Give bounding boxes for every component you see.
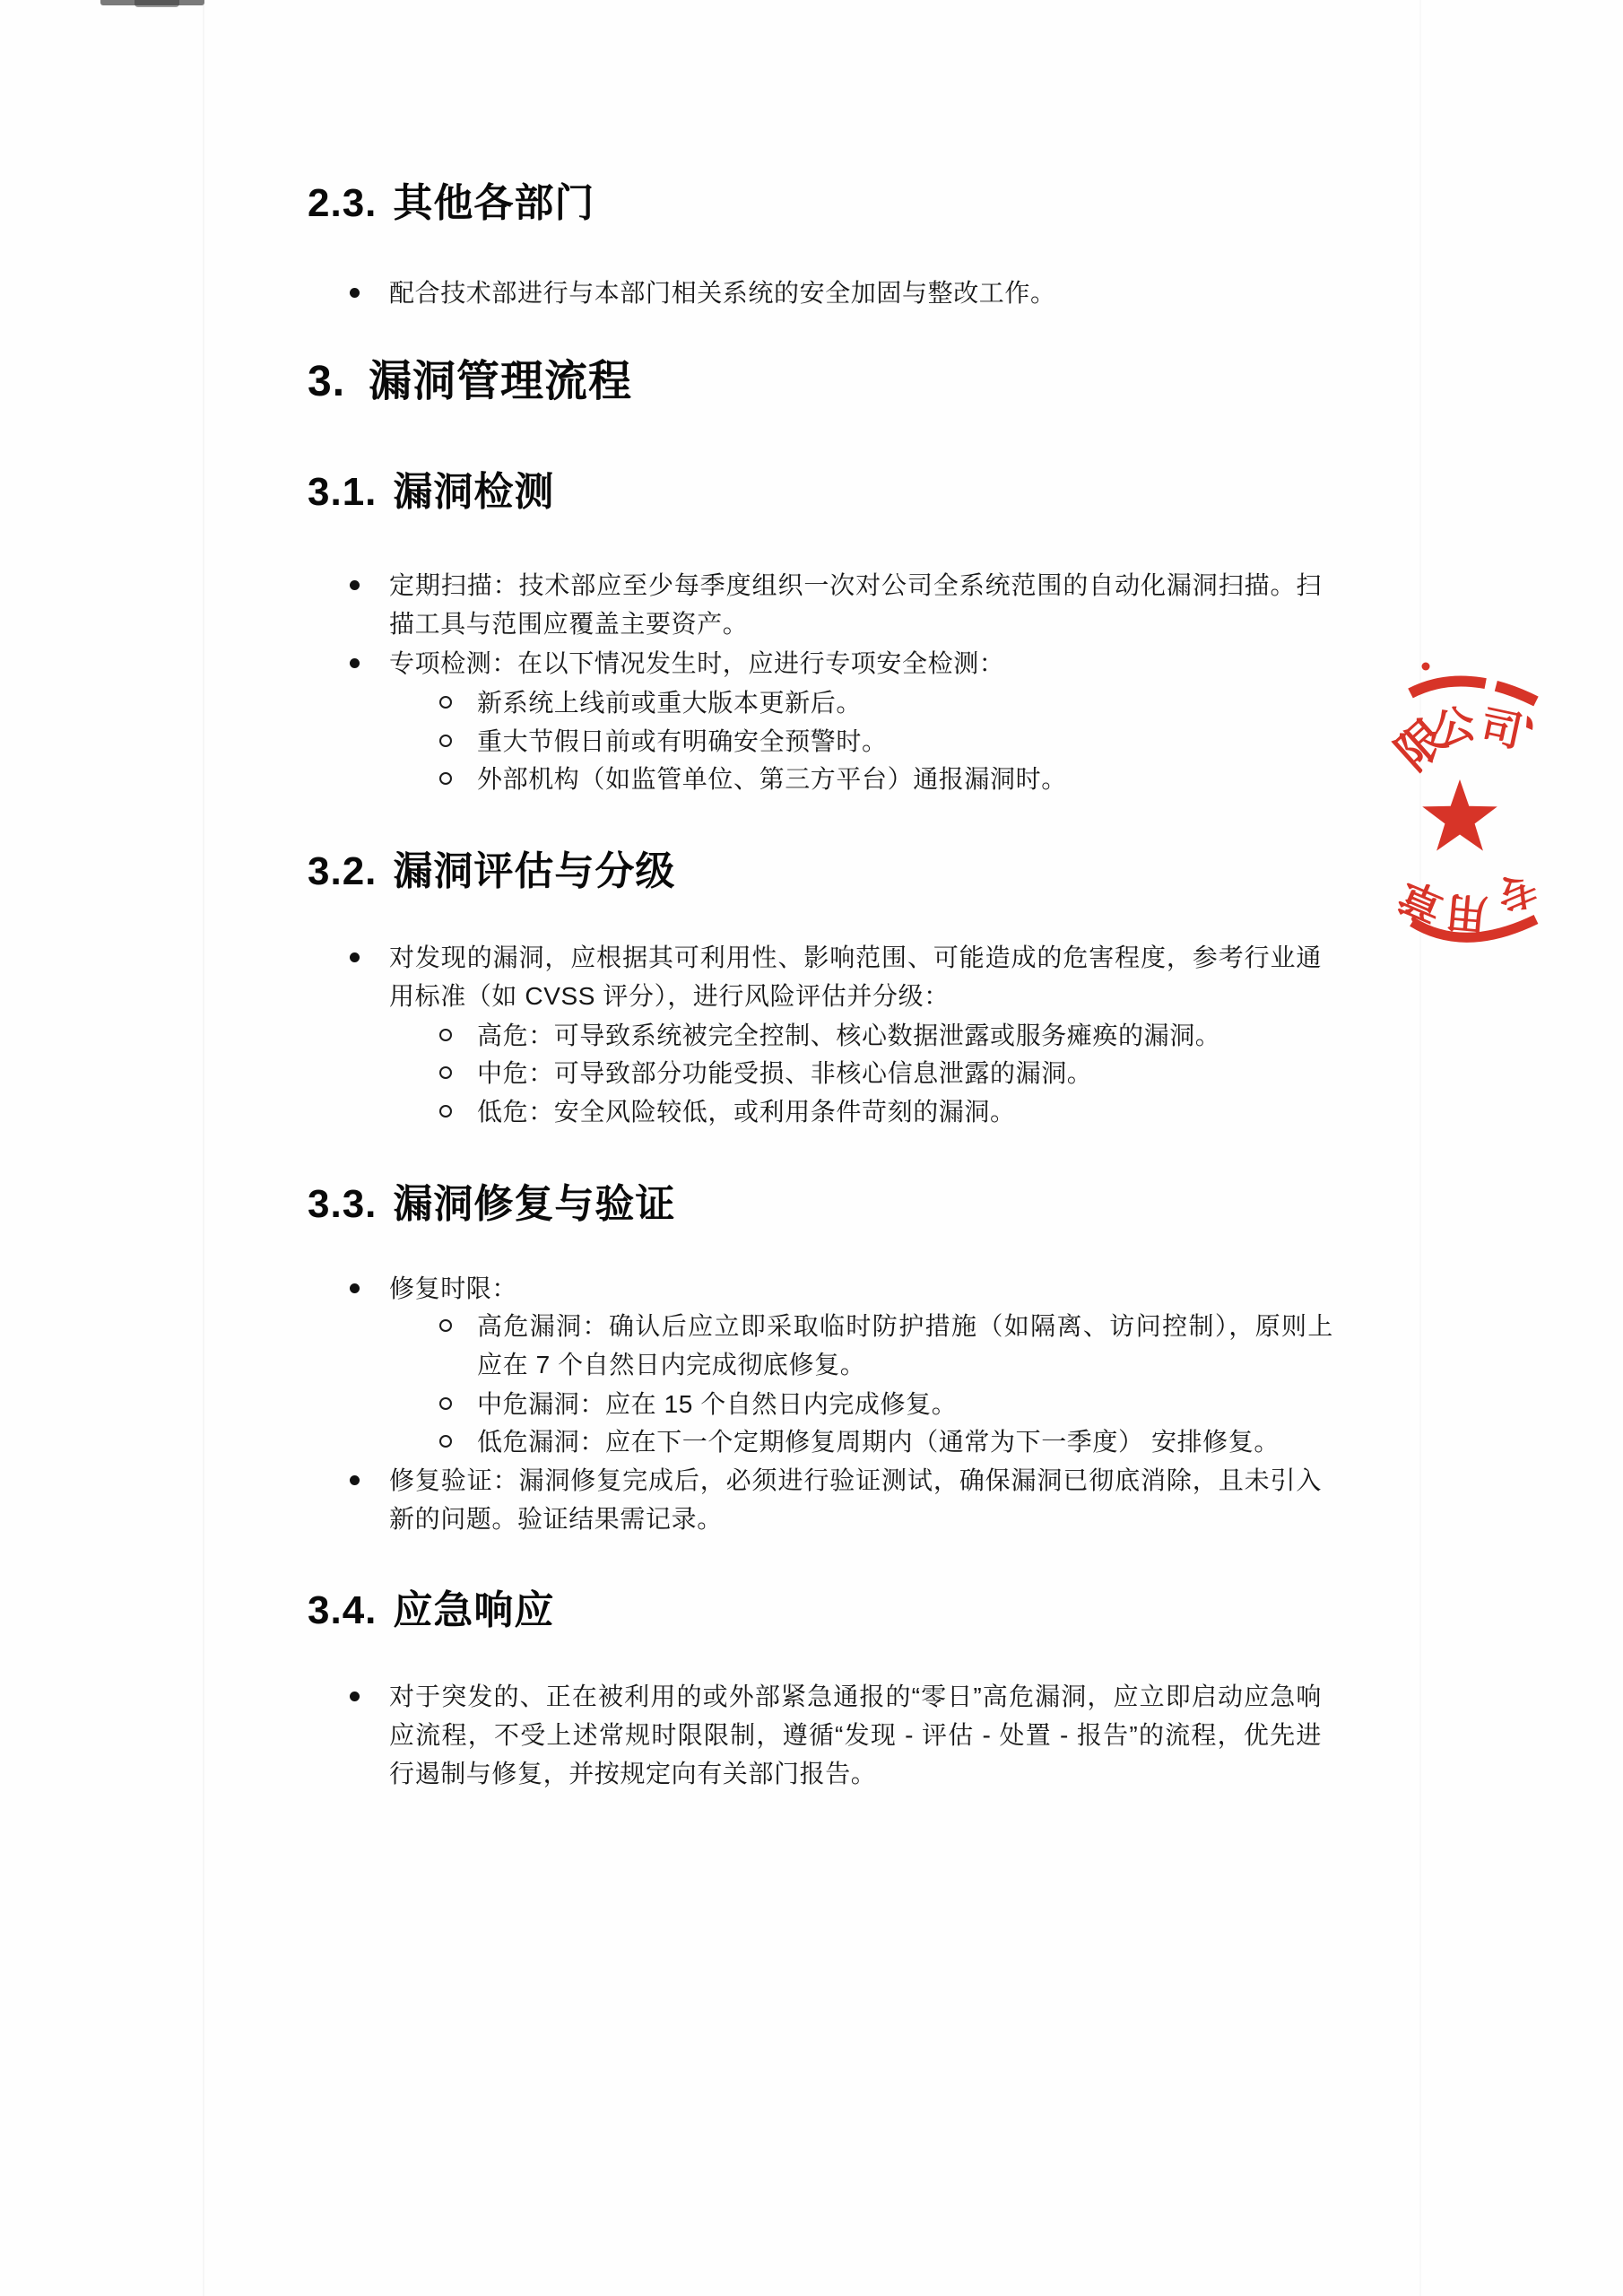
bullet-text: 对发现的漏洞，应根据其可利用性、影响范围、可能造成的危害程度，参考行业通用标准（… bbox=[389, 938, 1322, 1015]
sub-bullet-text: 新系统上线前或重大版本更新后。 bbox=[477, 683, 1333, 722]
heading-number: 3.4. bbox=[308, 1590, 377, 1631]
section-heading-3: 3. 漏洞管理流程 bbox=[308, 360, 632, 404]
section-heading-3-4: 3.4. 应急响应 bbox=[308, 1590, 554, 1631]
heading-title: 漏洞评估与分级 bbox=[393, 851, 675, 892]
bullet-circle-icon bbox=[439, 735, 452, 747]
sub-bullet-text: 中危漏洞：应在 15 个自然日内完成修复。 bbox=[477, 1385, 1333, 1423]
heading-title: 漏洞修复与验证 bbox=[393, 1184, 675, 1225]
bullet-item: 配合技术部进行与本部门相关系统的安全加固与整改工作。 bbox=[350, 274, 1322, 312]
bullet-circle-icon bbox=[439, 1066, 452, 1079]
bullet-item: 修复验证：漏洞修复完成后，必须进行验证测试，确保漏洞已彻底消除，且未引入新的问题… bbox=[350, 1461, 1322, 1538]
sub-bullet-item: 重大节假日前或有明确安全预警时。 bbox=[439, 722, 1333, 761]
sub-bullet-text: 重大节假日前或有明确安全预警时。 bbox=[477, 722, 1333, 761]
heading-number: 3.1. bbox=[308, 472, 377, 513]
sub-bullet-item: 新系统上线前或重大版本更新后。 bbox=[439, 683, 1333, 722]
scan-streak bbox=[1419, 0, 1421, 2296]
bullet-item: 对发现的漏洞，应根据其可利用性、影响范围、可能造成的危害程度，参考行业通用标准（… bbox=[350, 938, 1322, 1015]
heading-number: 3. bbox=[308, 360, 345, 404]
stamp-ink-dot bbox=[1422, 663, 1430, 671]
bullet-text: 配合技术部进行与本部门相关系统的安全加固与整改工作。 bbox=[389, 274, 1322, 312]
sub-bullet-item: 外部机构（如监管单位、第三方平台）通报漏洞时。 bbox=[439, 760, 1333, 798]
stamp-tick-mark bbox=[1526, 716, 1532, 730]
heading-number: 3.3. bbox=[308, 1184, 377, 1225]
bullet-item: 修复时限： bbox=[350, 1269, 1322, 1308]
company-seal-stamp: 限 公 司 章 用 专 bbox=[1385, 648, 1551, 961]
sub-bullet-text: 高危：可导致系统被完全控制、核心数据泄露或服务瘫痪的漏洞。 bbox=[477, 1016, 1333, 1055]
bullet-dot-icon bbox=[350, 1692, 360, 1701]
bullet-item: 对于突发的、正在被利用的或外部紧急通报的“零日”高危漏洞，应立即启动应急响应流程… bbox=[350, 1677, 1322, 1793]
sub-bullet-item: 高危：可导致系统被完全控制、核心数据泄露或服务瘫痪的漏洞。 bbox=[439, 1016, 1333, 1055]
stamp-arc-char: 专 bbox=[1489, 863, 1543, 918]
sub-bullet-text: 低危：安全风险较低，或利用条件苛刻的漏洞。 bbox=[477, 1092, 1333, 1131]
heading-title: 应急响应 bbox=[393, 1590, 554, 1631]
sub-bullet-text: 高危漏洞：确认后应立即采取临时防护措施（如隔离、访问控制），原则上应在 7 个自… bbox=[477, 1307, 1333, 1384]
sub-bullet-item: 中危：可导致部分功能受损、非核心信息泄露的漏洞。 bbox=[439, 1054, 1333, 1092]
stamp-arc-char: 司 bbox=[1476, 701, 1526, 755]
bullet-text: 专项检测：在以下情况发生时，应进行专项安全检测： bbox=[389, 644, 1322, 683]
bullet-dot-icon bbox=[350, 1475, 360, 1485]
bullet-text: 对于突发的、正在被利用的或外部紧急通报的“零日”高危漏洞，应立即启动应急响应流程… bbox=[389, 1677, 1322, 1793]
bullet-item: 专项检测：在以下情况发生时，应进行专项安全检测： bbox=[350, 644, 1322, 683]
bullet-text: 修复验证：漏洞修复完成后，必须进行验证测试，确保漏洞已彻底消除，且未引入新的问题… bbox=[389, 1461, 1322, 1538]
section-heading-3-1: 3.1. 漏洞检测 bbox=[308, 472, 554, 513]
bullet-text: 修复时限： bbox=[389, 1269, 1322, 1308]
sub-bullet-item: 低危：安全风险较低，或利用条件苛刻的漏洞。 bbox=[439, 1092, 1333, 1131]
stamp-star-icon bbox=[1422, 779, 1497, 851]
bullet-circle-icon bbox=[439, 696, 452, 709]
heading-number: 2.3. bbox=[308, 183, 377, 224]
heading-number: 3.2. bbox=[308, 851, 377, 892]
sub-bullet-text: 低危漏洞：应在下一个定期修复周期内（通常为下一季度） 安排修复。 bbox=[477, 1422, 1333, 1461]
section-heading-2-3: 2.3. 其他各部门 bbox=[308, 183, 595, 224]
bullet-dot-icon bbox=[350, 580, 360, 590]
bullet-text: 定期扫描：技术部应至少每季度组织一次对公司全系统范围的自动化漏洞扫描。扫描工具与… bbox=[389, 566, 1322, 643]
bullet-item: 定期扫描：技术部应至少每季度组织一次对公司全系统范围的自动化漏洞扫描。扫描工具与… bbox=[350, 566, 1322, 643]
stamp-arc-char: 用 bbox=[1444, 888, 1488, 938]
bullet-circle-icon bbox=[439, 1397, 452, 1410]
stamp-ring-top-arc bbox=[1410, 681, 1536, 701]
bullet-dot-icon bbox=[350, 1283, 360, 1293]
sub-bullet-item: 中危漏洞：应在 15 个自然日内完成修复。 bbox=[439, 1385, 1333, 1423]
section-heading-3-2: 3.2. 漏洞评估与分级 bbox=[308, 851, 675, 892]
heading-title: 漏洞管理流程 bbox=[369, 360, 632, 404]
bullet-dot-icon bbox=[350, 658, 360, 668]
bullet-circle-icon bbox=[439, 1319, 452, 1332]
heading-title: 漏洞检测 bbox=[393, 472, 554, 513]
heading-title: 其他各部门 bbox=[393, 183, 595, 224]
bullet-circle-icon bbox=[439, 772, 452, 785]
bullet-dot-icon bbox=[350, 288, 360, 298]
scan-smudge bbox=[135, 0, 179, 7]
bullet-dot-icon bbox=[350, 952, 360, 962]
scan-streak bbox=[203, 0, 204, 2296]
sub-bullet-item: 高危漏洞：确认后应立即采取临时防护措施（如隔离、访问控制），原则上应在 7 个自… bbox=[439, 1307, 1333, 1384]
bullet-circle-icon bbox=[439, 1435, 452, 1448]
section-heading-3-3: 3.3. 漏洞修复与验证 bbox=[308, 1184, 675, 1225]
sub-bullet-text: 中危：可导致部分功能受损、非核心信息泄露的漏洞。 bbox=[477, 1054, 1333, 1092]
sub-bullet-text: 外部机构（如监管单位、第三方平台）通报漏洞时。 bbox=[477, 760, 1333, 798]
bullet-circle-icon bbox=[439, 1105, 452, 1118]
document-page: 2.3. 其他各部门 配合技术部进行与本部门相关系统的安全加固与整改工作。 3.… bbox=[0, 0, 1623, 2296]
sub-bullet-item: 低危漏洞：应在下一个定期修复周期内（通常为下一季度） 安排修复。 bbox=[439, 1422, 1333, 1461]
bullet-circle-icon bbox=[439, 1029, 452, 1041]
